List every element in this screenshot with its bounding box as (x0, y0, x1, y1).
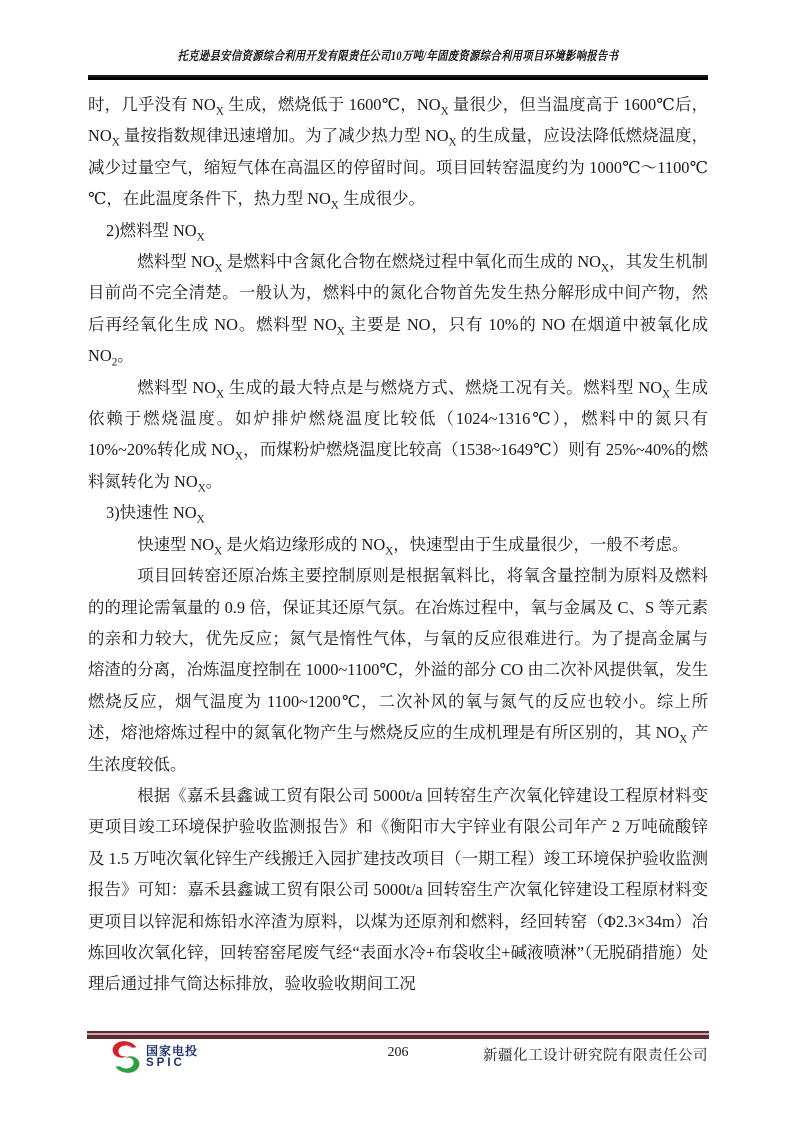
page-footer: 国家电投 SPIC 206 新疆化工设计研究院有限责任公司 (88, 1039, 708, 1083)
body-paragraph: 快速型 NOX 是火焰边缘形成的 NOX，快速型由于生成量很少，一般不考虑。 (88, 529, 708, 560)
body-paragraph: 项目回转窑还原冶炼主要控制原则是根据氧料比，将氧含量控制为原料及燃料的的理论需氧… (88, 560, 708, 780)
body-paragraph: 2)燃料型 NOX (88, 215, 708, 246)
document-body: 时，几乎没有 NOX 生成，燃烧低于 1600℃，NOX 量很少，但当温度高于 … (88, 89, 708, 1000)
footer-rule (87, 1031, 709, 1039)
footer-company-name: 新疆化工设计研究院有限责任公司 (483, 1044, 708, 1065)
page-header-title: 托克逊县安信资源综合利用开发有限责任公司10万吨/年固废资源综合利用项目环境影响… (144, 46, 652, 64)
body-paragraph: 燃料型 NOX 是燃料中含氮化合物在燃烧过程中氧化而生成的 NOX，其发生机制目… (88, 246, 708, 372)
body-paragraph: 3)快速性 NOX (88, 497, 708, 528)
body-paragraph: 时，几乎没有 NOX 生成，燃烧低于 1600℃，NOX 量很少，但当温度高于 … (88, 89, 708, 215)
body-paragraph: 燃料型 NOX 生成的最大特点是与燃烧方式、燃烧工况有关。燃料型 NOX 生成依… (88, 372, 708, 498)
body-paragraph: 根据《嘉禾县鑫诚工贸有限公司 5000t/a 回转窑生产次氧化锌建设工程原材料变… (88, 780, 708, 1000)
document-page: 托克逊县安信资源综合利用开发有限责任公司10万吨/年固废资源综合利用项目环境影响… (0, 0, 793, 1122)
header-rule (88, 75, 708, 80)
